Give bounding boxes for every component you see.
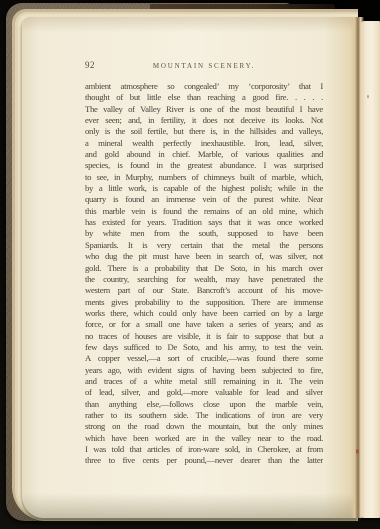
- text-line: years ago, with evident signs of having …: [85, 365, 323, 376]
- text-line: rather to its southern side. The indicat…: [85, 410, 323, 421]
- text-line: quarry is found an immense vein of the p…: [85, 194, 323, 205]
- text-line: gold. There is a probability that De Sot…: [85, 263, 323, 274]
- text-line: strong on the road down the mountain, bu…: [85, 421, 323, 432]
- text-line: by white men from the south, supposed to…: [85, 228, 323, 239]
- text-line: no traces of houses are visible, it is f…: [85, 331, 323, 342]
- text-line: three to five cents per pound,—never dea…: [85, 455, 323, 466]
- text-line: The valley of Valley River is one of the…: [85, 104, 323, 115]
- text-line: Spaniards. It is very certain that the m…: [85, 240, 323, 251]
- text-line: a mineral wealth perfectly inexhaustible…: [85, 138, 323, 149]
- text-line: works there, which could only have been …: [85, 308, 323, 319]
- text-line: has existed for years. Tradition says th…: [85, 217, 323, 228]
- text-line: only is the soil fertile, but there is, …: [85, 126, 323, 137]
- text-line: which have been worked are in the valley…: [85, 433, 323, 444]
- text-line: ambient atmosphere so congealed’ my ‘cor…: [85, 81, 323, 92]
- text-line: force, or for a small one have taken a s…: [85, 319, 323, 330]
- text-line: to see, in Murphy, numbers of chimneys b…: [85, 172, 323, 183]
- text-line: the country, searching for wealth, may h…: [85, 274, 323, 285]
- page-content: 92 MOUNTAIN SCENERY. ambient atmosphere …: [85, 60, 323, 467]
- text-line: of lead, silver, and gold,—more valuable…: [85, 387, 323, 398]
- text-line: this marble vein is found the remains of…: [85, 206, 323, 217]
- text-line: A copper vessel,—a sort of crucible,—was…: [85, 353, 323, 364]
- text-line: and traces of a white metal still remain…: [85, 376, 323, 387]
- text-line: who dug the pit must have been in search…: [85, 251, 323, 262]
- book-gutter: [350, 17, 364, 518]
- running-header: 92 MOUNTAIN SCENERY.: [85, 60, 323, 70]
- text-line: than anything else,—follows close upon t…: [85, 399, 323, 410]
- body-text: ambient atmosphere so congealed’ my ‘cor…: [85, 81, 323, 467]
- text-line: thought of but little else than reaching…: [85, 92, 323, 103]
- text-line: few days sufficed to De Soto, and his ar…: [85, 342, 323, 353]
- red-fiber-speck: [356, 449, 359, 454]
- page-number: 92: [85, 60, 95, 70]
- text-line: western part of our State. Bancroft’s ac…: [85, 285, 323, 296]
- text-line: species, is found in the greatest abunda…: [85, 160, 323, 171]
- pink-speck: [367, 95, 369, 98]
- text-line: I was told that articles of iron-ware so…: [85, 444, 323, 455]
- text-line: ever seen; and, in fertility, it does no…: [85, 115, 323, 126]
- running-title: MOUNTAIN SCENERY.: [153, 62, 255, 70]
- book-photo: 92 MOUNTAIN SCENERY. ambient atmosphere …: [0, 0, 380, 529]
- text-line: and gold abound in chief. Marble, of var…: [85, 149, 323, 160]
- text-line: by a little work, is capable of the high…: [85, 183, 323, 194]
- text-line: ments gives probability to the suppositi…: [85, 297, 323, 308]
